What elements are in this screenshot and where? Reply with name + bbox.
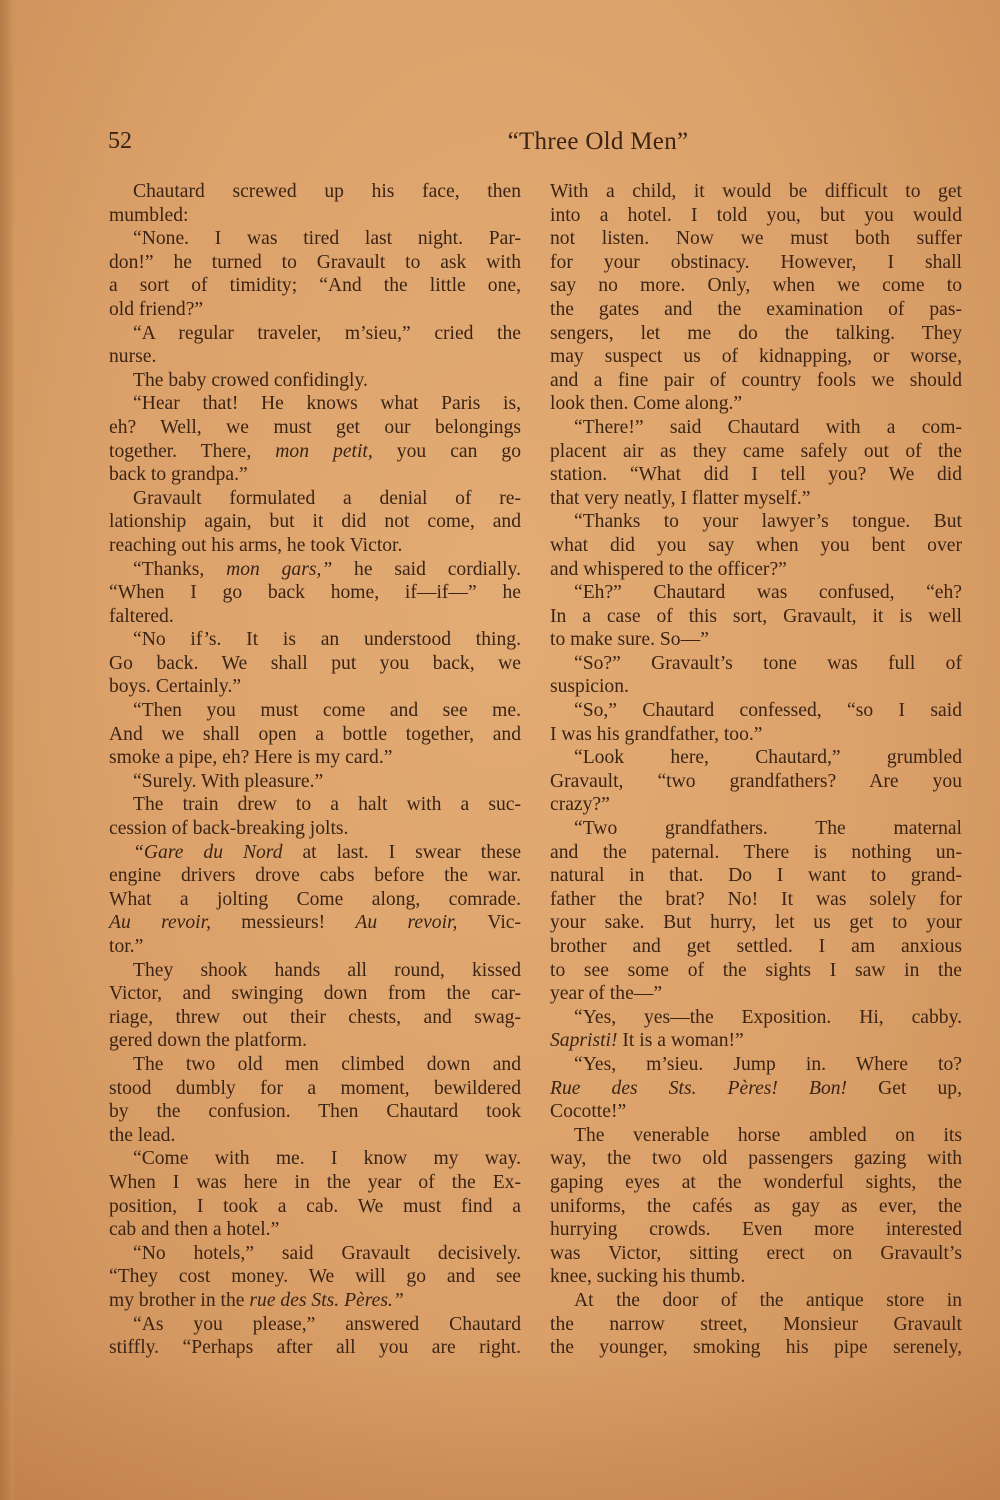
text-line: tor.” <box>109 935 521 959</box>
text-line: mumbled: <box>109 204 521 228</box>
text-line: The train drew to a halt with a suc- <box>109 793 521 817</box>
text-line: look then. Come along.” <box>550 392 962 416</box>
text-line: uniforms, the cafés as gay as ever, the <box>550 1195 962 1219</box>
text-line: a sort of timidity; “And the little one, <box>109 274 521 298</box>
text-line: The venerable horse ambled on its <box>550 1124 962 1148</box>
text-line: Cocotte!” <box>550 1100 962 1124</box>
text-line: “Yes, yes—the Exposition. Hi, cabby. <box>550 1006 962 1030</box>
text-line: “Come with me. I know my way. <box>109 1147 521 1171</box>
text-line: They shook hands all round, kissed <box>109 959 521 983</box>
page-number: 52 <box>108 128 132 155</box>
text-line: reaching out his arms, he took Victor. <box>109 534 521 558</box>
text-line: may suspect us of kidnapping, or worse, <box>550 345 962 369</box>
text-line: eh? Well, we must get our belongings <box>109 416 521 440</box>
text-line: Go back. We shall put you back, we <box>109 652 521 676</box>
text-line: your sake. But hurry, let us get to your <box>550 911 962 935</box>
text-line: When I was here in the year of the Ex- <box>109 1171 521 1195</box>
text-line: “Hear that! He knows what Paris is, <box>109 392 521 416</box>
text-line: “Thanks to your lawyer’s tongue. But <box>550 510 962 534</box>
text-line: stiffly. “Perhaps after all you are righ… <box>109 1336 521 1360</box>
text-line: “They cost money. We will go and see <box>109 1265 521 1289</box>
text-line: “No hotels,” said Gravault decisively. <box>109 1242 521 1266</box>
text-line: the narrow street, Monsieur Gravault <box>550 1313 962 1337</box>
text-line: year of the—” <box>550 982 962 1006</box>
text-line: brother and get settled. I am anxious <box>550 935 962 959</box>
text-line: to make sure. So—” <box>550 628 962 652</box>
text-line: “Thanks, mon gars,” he said cordially. <box>109 558 521 582</box>
page-header: 52 “Three Old Men” <box>108 128 968 158</box>
text-line: old friend?” <box>109 298 521 322</box>
text-line: “Yes, m’sieu. Jump in. Where to? <box>550 1053 962 1077</box>
right-text-column: With a child, it would be difficult to g… <box>550 180 962 1360</box>
text-line: “As you please,” answered Chautard <box>109 1313 521 1337</box>
text-line: What a jolting Come along, comrade. <box>109 888 521 912</box>
text-line: Gravault, “two grandfathers? Are you <box>550 770 962 794</box>
text-line: nurse. <box>109 345 521 369</box>
text-line: back to grandpa.” <box>109 463 521 487</box>
text-line: gered down the platform. <box>109 1029 521 1053</box>
text-line: the lead. <box>109 1124 521 1148</box>
text-line: lationship again, but it did not come, a… <box>109 510 521 534</box>
text-line: crazy?” <box>550 793 962 817</box>
text-line: With a child, it would be difficult to g… <box>550 180 962 204</box>
text-line: “So,” Chautard confessed, “so I said <box>550 699 962 723</box>
book-page: 52 “Three Old Men” Chautard screwed up h… <box>0 0 1000 1500</box>
text-line: Sapristi! It is a woman!” <box>550 1029 962 1053</box>
text-line: father the brat? No! It was solely for <box>550 888 962 912</box>
text-line: station. “What did I tell you? We did <box>550 463 962 487</box>
text-line: don!” he turned to Gravault to ask with <box>109 251 521 275</box>
text-line: Gravault formulated a denial of re- <box>109 487 521 511</box>
text-line: In a case of this sort, Gravault, it is … <box>550 605 962 629</box>
text-line: natural in that. Do I want to grand- <box>550 864 962 888</box>
text-line: my brother in the rue des Sts. Pères.” <box>109 1289 521 1313</box>
text-line: placent air as they came safely out of t… <box>550 440 962 464</box>
text-line: together. There, mon petit, you can go <box>109 440 521 464</box>
text-line: way, the two old passengers gazing with <box>550 1147 962 1171</box>
text-line: and whispered to the officer?” <box>550 558 962 582</box>
text-line: the gates and the examination of pas- <box>550 298 962 322</box>
text-line: cab and then a hotel.” <box>109 1218 521 1242</box>
text-line: into a hotel. I told you, but you would <box>550 204 962 228</box>
text-line: “There!” said Chautard with a com- <box>550 416 962 440</box>
text-line: cession of back-breaking jolts. <box>109 817 521 841</box>
text-line: by the confusion. Then Chautard took <box>109 1100 521 1124</box>
text-line: position, I took a cab. We must find a <box>109 1195 521 1219</box>
text-line: the younger, smoking his pipe serenely, <box>550 1336 962 1360</box>
text-line: for your obstinacy. However, I shall <box>550 251 962 275</box>
text-line: Chautard screwed up his face, then <box>109 180 521 204</box>
text-line: what did you say when you bent over <box>550 534 962 558</box>
text-line: that very neatly, I flatter myself.” <box>550 487 962 511</box>
text-line: I was his grandfather, too.” <box>550 723 962 747</box>
text-line: knee, sucking his thumb. <box>550 1265 962 1289</box>
text-line: “Gare du Nord at last. I swear these <box>109 841 521 865</box>
text-line: and a fine pair of country fools we shou… <box>550 369 962 393</box>
text-line: “So?” Gravault’s tone was full of <box>550 652 962 676</box>
text-line: Rue des Sts. Pères! Bon! Get up, <box>550 1077 962 1101</box>
text-line: stood dumbly for a moment, bewildered <box>109 1077 521 1101</box>
text-line: riage, threw out their chests, and swag- <box>109 1006 521 1030</box>
text-line: “No if’s. It is an understood thing. <box>109 628 521 652</box>
text-line: The two old men climbed down and <box>109 1053 521 1077</box>
text-line: smoke a pipe, eh? Here is my card.” <box>109 746 521 770</box>
text-line: Au revoir, messieurs! Au revoir, Vic- <box>109 911 521 935</box>
text-line: “None. I was tired last night. Par- <box>109 227 521 251</box>
text-line: boys. Certainly.” <box>109 675 521 699</box>
text-line: “A regular traveler, m’sieu,” cried the <box>109 322 521 346</box>
text-line: “Then you must come and see me. <box>109 699 521 723</box>
text-line: sengers, let me do the talking. They <box>550 322 962 346</box>
text-line: to see some of the sights I saw in the <box>550 959 962 983</box>
text-line: “When I go back home, if—if—” he <box>109 581 521 605</box>
running-title: “Three Old Men” <box>428 128 768 156</box>
text-line: And we shall open a bottle together, and <box>109 723 521 747</box>
text-line: faltered. <box>109 605 521 629</box>
text-line: not listen. Now we must both suffer <box>550 227 962 251</box>
text-line: “Look here, Chautard,” grumbled <box>550 746 962 770</box>
text-line: Victor, and swinging down from the car- <box>109 982 521 1006</box>
text-line: “Two grandfathers. The maternal <box>550 817 962 841</box>
text-line: say no more. Only, when we come to <box>550 274 962 298</box>
left-text-column: Chautard screwed up his face, thenmumble… <box>109 180 521 1360</box>
text-line: gaping eyes at the wonderful sights, the <box>550 1171 962 1195</box>
text-line: “Surely. With pleasure.” <box>109 770 521 794</box>
text-line: hurrying crowds. Even more interested <box>550 1218 962 1242</box>
text-line: The baby crowed confidingly. <box>109 369 521 393</box>
text-line: suspicion. <box>550 675 962 699</box>
text-line: At the door of the antique store in <box>550 1289 962 1313</box>
text-line: “Eh?” Chautard was confused, “eh? <box>550 581 962 605</box>
text-line: engine drivers drove cabs before the war… <box>109 864 521 888</box>
text-line: and the paternal. There is nothing un- <box>550 841 962 865</box>
text-line: was Victor, sitting erect on Gravault’s <box>550 1242 962 1266</box>
